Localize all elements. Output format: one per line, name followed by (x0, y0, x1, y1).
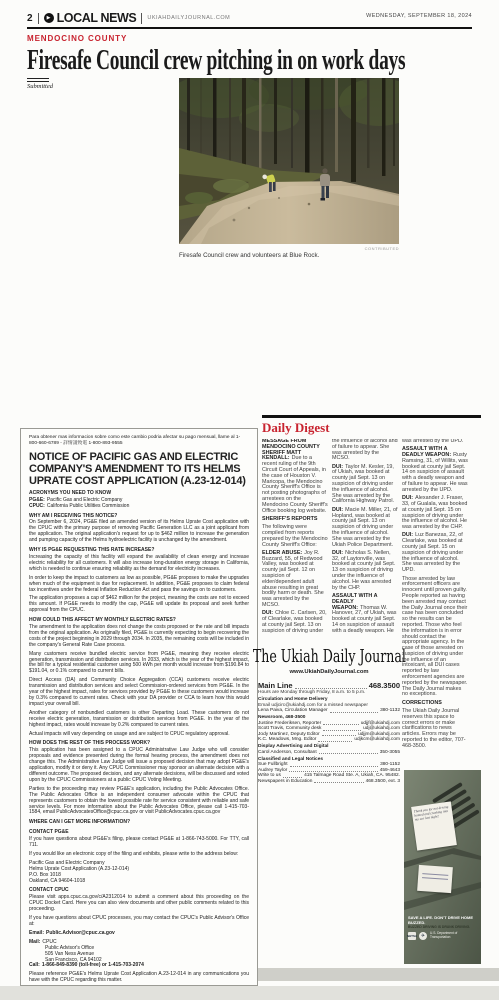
windshield-note: Thank you for not driving buzzed and cra… (411, 801, 457, 850)
issue-date: WEDNESDAY, SEPTEMBER 18, 2024 (366, 13, 472, 19)
masthead-contact-row: Hours are Monday through Friday, 8 a.m. … (258, 690, 400, 696)
digest-entry: was arrested by the UPD. (402, 439, 468, 445)
legal-block: The amendment to the application does no… (29, 625, 249, 649)
masthead-contact-row: Newspapers in Education468.3500, ext. 3 (258, 779, 400, 785)
digest-column-2: the influence of alcohol and of failure … (332, 439, 398, 641)
digest-column-3: was arrested by the UPD.ASSAULT WITH A D… (402, 439, 468, 765)
newspaper-page: 2 ▶ LOCAL NEWS UKIAHDAILYJOURNAL.COM WED… (0, 0, 499, 1000)
masthead-fine-print (258, 789, 400, 967)
masthead-contact-row: K.C. Meadows, Mng. Editorudjkcm@ukiahdj.… (258, 737, 400, 743)
digest-entry: CORRECTIONS (402, 701, 468, 707)
digest-entry: The Ukiah Daily Journal reserves this sp… (402, 709, 468, 750)
header-divider (38, 13, 39, 24)
masthead-contact-row: Main Line468.3500 (258, 681, 400, 690)
photo-caption: Firesafe Council crew and volunteers at … (179, 252, 399, 259)
digest-entry: ASSAULT WITH A DEADLY WEAPON:Rusty Ramsi… (402, 447, 468, 493)
legal-block: CPUC:California Public Utilities Commiss… (29, 504, 249, 510)
digest-entry: ASSAULT WITH A DEADLY WEAPON:Thomas W. H… (332, 594, 398, 635)
article-column-2 (103, 78, 171, 412)
legal-block: Please reference PG&E's Helms Uprate Cos… (29, 972, 249, 984)
legal-block: Email:Public.Advisor@cpuc.ca.gov (29, 931, 249, 937)
legal-block: The application proposes a cap of $462 m… (29, 596, 249, 614)
dot-logo-icon: ✈ (419, 932, 427, 940)
digest-title: Daily Digest (262, 420, 330, 436)
legal-block: Increasing the capacity of this facility… (29, 555, 249, 573)
scan-strip-bottom (0, 986, 499, 1000)
nhtsa-logo-icon: NHTSA (408, 932, 416, 940)
ad-slogan-primary: SAVE A LIFE. DON'T DRIVE HOME BUZZED. (408, 916, 477, 925)
legal-block: If you have questions about CPUC process… (29, 916, 249, 928)
digest-entry: DUI:Macie M. Miller, 21, of Hopland, was… (332, 508, 398, 549)
digest-entry: DUI:Alexander J. Fraser, 33, of Gualala,… (402, 496, 468, 531)
article-column-1: Submitted (27, 78, 95, 412)
legal-block: Another category of nonbundled customers… (29, 711, 249, 729)
digest-entry: the influence of alcohol and of failure … (332, 439, 398, 462)
digest-column-1: MESSAGE FROM MENDOCINO COUNTY SHERIFF MA… (262, 439, 328, 641)
legal-block: This application has been assigned to a … (29, 748, 249, 783)
digest-entry: The following were compiled from reports… (262, 525, 328, 548)
legal-block: WHERE CAN I GET MORE INFORMATION? (29, 820, 249, 826)
article-column-3 (179, 266, 247, 412)
section-title: LOCAL NEWS (57, 11, 137, 25)
digest-entry: ELDER ABUSE:Joy R. Buzzard, 55, of Redwo… (262, 551, 328, 609)
digest-entry: SHERIFF'S REPORTS (262, 517, 328, 523)
photo-credit: CONTRIBUTED (179, 246, 399, 251)
page-number: 2 (27, 13, 33, 24)
masthead: The Ukiah Daily Journal www.UkiahDailyJo… (258, 646, 400, 967)
legal-block: Please visit apps.cpuc.ca.gov/c/A2312014… (29, 895, 249, 913)
legal-block: Actual impacts will vary depending on us… (29, 732, 249, 738)
legal-block: If you would like an electronic copy of … (29, 852, 249, 858)
legal-block: On September 6, 2024, PG&E filed an amen… (29, 520, 249, 544)
local-news-logo-icon: ▶ (44, 13, 54, 23)
scan-strip-right (258, 968, 499, 981)
masthead-url: www.UkiahDailyJournal.com (258, 669, 400, 675)
byline-rule (27, 78, 49, 82)
legal-block: Direct Access (DA) and Community Choice … (29, 678, 249, 708)
article-byline: Submitted (27, 84, 95, 90)
digest-entry: DUI:Taylor M. Kesler, 19, of Ukiah, was … (332, 465, 398, 506)
article-headline: Firesafe Council crew pitching in on wor… (27, 44, 325, 77)
digest-rule (262, 415, 481, 418)
legal-block: Many customers receive bundled electric … (29, 652, 249, 676)
site-url: UKIAHDAILYJOURNAL.COM (147, 15, 230, 21)
masthead-title: The Ukiah Daily Journal (258, 646, 400, 667)
windshield-note-small (417, 865, 453, 893)
ad-logos: NHTSA ✈ U.S. Department of Transportatio… (408, 932, 464, 940)
masthead-contact-row: Carol Anderson, Consultant350-3055 (258, 750, 400, 756)
legal-notice-box: Para obtener mas informacion sobre como … (20, 428, 258, 986)
masthead-contact-row: Lena Paiva, Circulation Manager380-1132 (258, 708, 400, 714)
article-column-5 (331, 266, 399, 412)
legal-notice-title: NOTICE OF PACIFIC GAS AND ELECTRIC COMPA… (29, 451, 249, 487)
digest-entry: MESSAGE FROM MENDOCINO COUNTY SHERIFF MA… (262, 439, 328, 514)
article-column-4 (255, 266, 323, 412)
digest-entry: DUI:Nicholas S. Nellen, 32, of Laytonvil… (332, 551, 398, 592)
article-headline-wrap: Firesafe Council crew pitching in on wor… (27, 44, 472, 76)
legal-spanish-intro: Para obtener mas informacion sobre como … (29, 435, 249, 447)
page-header: 2 ▶ LOCAL NEWS UKIAHDAILYJOURNAL.COM WED… (27, 10, 472, 26)
legal-block: Parties to the proceeding may review PG&… (29, 787, 249, 817)
legal-block: In order to keep the impact to customers… (29, 576, 249, 594)
forest-road-illustration (179, 78, 399, 244)
digest-entry: DUI:Chloe C. Carlsen, 20, of Clearlake, … (262, 611, 328, 634)
digest-entry: DUI:Luz Banezas, 22, of Clearlake, was b… (402, 533, 468, 574)
dot-label: U.S. Department of Transportation (430, 932, 464, 939)
article-photo (179, 78, 399, 244)
legal-block: Call:1-866-849-8390 (toll-free) or 1-415… (29, 963, 249, 969)
article-kicker: MENDOCINO COUNTY (27, 34, 127, 43)
buzzed-driving-ad: Thank you for not driving buzzed and cra… (404, 770, 481, 964)
ad-slogan-secondary: BUZZED DRIVING IS DRUNK DRIVING. (408, 925, 477, 929)
article-column-6 (407, 78, 475, 412)
legal-notice-body: ACRONYMS YOU NEED TO KNOWPG&E:Pacific Ga… (29, 491, 249, 984)
masthead-contacts: Main Line468.3500Hours are Monday throug… (258, 681, 400, 784)
header-rule (27, 27, 472, 29)
digest-entry: Those arrested by law enforcement office… (402, 577, 468, 699)
legal-block: If you have questions about PG&E's filin… (29, 837, 249, 849)
ad-slogans: SAVE A LIFE. DON'T DRIVE HOME BUZZED. BU… (408, 916, 477, 929)
legal-block: Oakland, CA 94604-1018 (29, 879, 249, 885)
header-divider (141, 13, 142, 24)
